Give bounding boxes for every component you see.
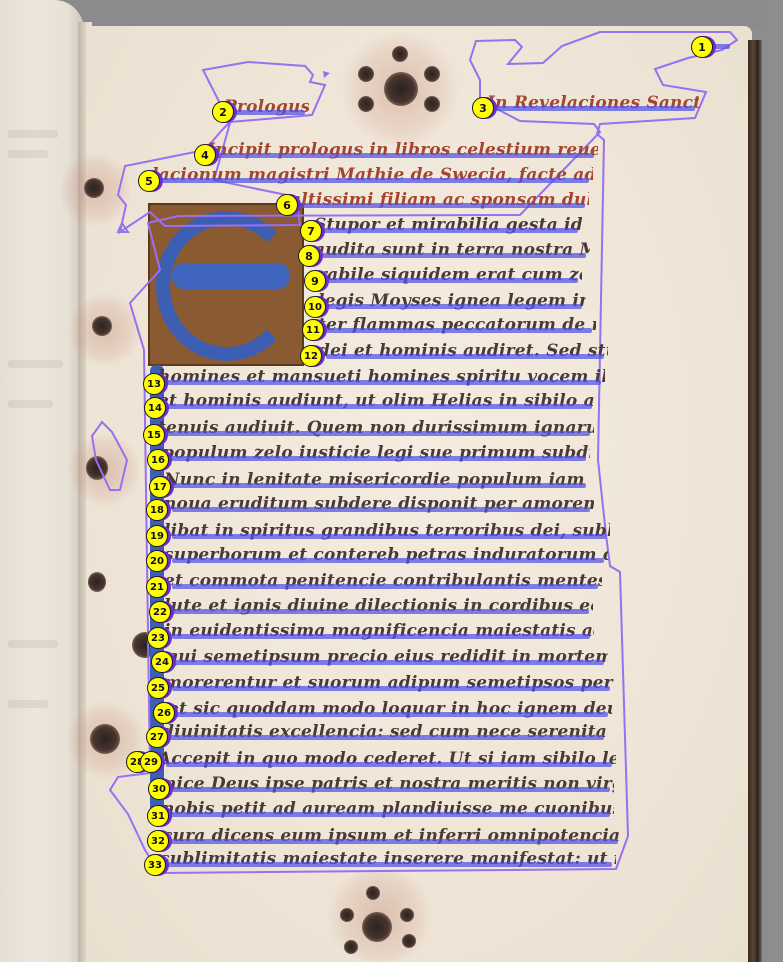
line-number-marker[interactable]: 6 bbox=[276, 194, 298, 216]
rosette-dot bbox=[402, 934, 416, 948]
line-baseline[interactable] bbox=[168, 862, 612, 867]
line-baseline[interactable] bbox=[172, 787, 610, 792]
line-number-marker[interactable]: 26 bbox=[153, 702, 175, 724]
line-baseline[interactable] bbox=[172, 507, 590, 512]
line-number-marker[interactable]: 33 bbox=[144, 854, 166, 876]
line-baseline[interactable] bbox=[176, 712, 608, 717]
background-right bbox=[762, 0, 783, 962]
line-number-marker[interactable]: 20 bbox=[146, 550, 168, 572]
line-baseline[interactable] bbox=[166, 380, 601, 385]
rosette-dot bbox=[340, 908, 354, 922]
rosette-dot bbox=[366, 886, 380, 900]
rosette-dot bbox=[400, 908, 414, 922]
rosette-left-1 bbox=[84, 178, 104, 198]
line-number-marker[interactable]: 8 bbox=[298, 245, 320, 267]
line-baseline[interactable] bbox=[326, 278, 578, 283]
line-baseline[interactable] bbox=[326, 328, 592, 333]
rosette-left-4 bbox=[88, 572, 106, 592]
line-number-marker[interactable]: 16 bbox=[147, 449, 169, 471]
rosette-dot bbox=[358, 96, 374, 112]
line-baseline[interactable] bbox=[710, 44, 730, 49]
line-number-marker[interactable]: 2 bbox=[212, 101, 234, 123]
line-baseline[interactable] bbox=[170, 812, 610, 817]
line-baseline[interactable] bbox=[322, 228, 578, 233]
line-baseline[interactable] bbox=[166, 404, 592, 409]
line-number-marker[interactable]: 22 bbox=[149, 601, 171, 623]
line-baseline[interactable] bbox=[322, 253, 586, 258]
rosette-top-center bbox=[384, 72, 418, 106]
line-baseline[interactable] bbox=[174, 660, 604, 665]
line-number-marker[interactable]: 15 bbox=[143, 424, 165, 446]
illuminated-initial-s bbox=[148, 203, 304, 366]
line-number-marker[interactable]: 9 bbox=[304, 270, 326, 292]
line-baseline[interactable] bbox=[298, 203, 585, 208]
line-baseline[interactable] bbox=[215, 153, 594, 158]
initial-crossbar bbox=[172, 263, 290, 289]
line-number-marker[interactable]: 1 bbox=[691, 36, 713, 58]
line-number-marker[interactable]: 24 bbox=[151, 651, 173, 673]
line-number-marker[interactable]: 14 bbox=[144, 397, 166, 419]
line-baseline[interactable] bbox=[172, 483, 586, 488]
line-baseline[interactable] bbox=[172, 609, 589, 614]
line-number-marker[interactable]: 29 bbox=[140, 751, 162, 773]
line-baseline[interactable] bbox=[326, 304, 582, 309]
line-number-marker[interactable]: 11 bbox=[302, 319, 324, 341]
line-baseline[interactable] bbox=[172, 558, 604, 563]
rosette-dot bbox=[424, 96, 440, 112]
line-number-marker[interactable]: 3 bbox=[472, 97, 494, 119]
show-through-text bbox=[8, 400, 53, 408]
line-baseline[interactable] bbox=[170, 735, 604, 740]
line-number-marker[interactable]: 27 bbox=[146, 726, 168, 748]
line-number-marker[interactable]: 18 bbox=[146, 499, 168, 521]
rosette-dot bbox=[392, 46, 408, 62]
line-baseline[interactable] bbox=[172, 534, 606, 539]
line-baseline[interactable] bbox=[326, 354, 604, 359]
line-number-marker[interactable]: 12 bbox=[300, 345, 322, 367]
rosette-bottom-center bbox=[362, 912, 392, 942]
line-baseline[interactable] bbox=[172, 584, 598, 589]
line-number-marker[interactable]: 13 bbox=[143, 373, 165, 395]
line-number-marker[interactable]: 31 bbox=[147, 805, 169, 827]
line-number-marker[interactable]: 7 bbox=[300, 220, 322, 242]
line-baseline[interactable] bbox=[166, 431, 590, 436]
show-through-text bbox=[8, 360, 63, 368]
rosette-left-2 bbox=[92, 316, 112, 336]
rosette-dot bbox=[344, 940, 358, 954]
line-baseline[interactable] bbox=[495, 106, 695, 111]
line-number-marker[interactable]: 23 bbox=[147, 627, 169, 649]
line-baseline[interactable] bbox=[166, 762, 612, 767]
line-number-marker[interactable]: 25 bbox=[147, 677, 169, 699]
show-through-text bbox=[8, 700, 48, 708]
line-number-marker[interactable]: 30 bbox=[148, 778, 170, 800]
show-through-text bbox=[8, 130, 58, 138]
line-number-marker[interactable]: 19 bbox=[146, 525, 168, 547]
line-baseline[interactable] bbox=[160, 178, 589, 183]
line-baseline[interactable] bbox=[232, 110, 305, 115]
line-number-marker[interactable]: 17 bbox=[149, 476, 171, 498]
line-number-marker[interactable]: 4 bbox=[194, 144, 216, 166]
rosette-dot bbox=[358, 66, 374, 82]
page-edge-binding bbox=[748, 40, 762, 962]
line-baseline[interactable] bbox=[170, 839, 618, 844]
line-number-marker[interactable]: 5 bbox=[138, 170, 160, 192]
line-number-marker[interactable]: 32 bbox=[147, 830, 169, 852]
rosette-left-3 bbox=[86, 456, 108, 480]
show-through-text bbox=[8, 150, 48, 158]
line-baseline[interactable] bbox=[172, 634, 590, 639]
line-baseline[interactable] bbox=[172, 686, 610, 691]
line-number-marker[interactable]: 10 bbox=[304, 296, 326, 318]
rosette-dot bbox=[424, 66, 440, 82]
line-baseline[interactable] bbox=[170, 456, 586, 461]
rosette-left-6 bbox=[90, 724, 120, 754]
show-through-text bbox=[8, 640, 58, 648]
line-number-marker[interactable]: 21 bbox=[146, 576, 168, 598]
manuscript-viewer: PrologusIn Revelaciones SancteIncipit pr… bbox=[0, 0, 783, 962]
